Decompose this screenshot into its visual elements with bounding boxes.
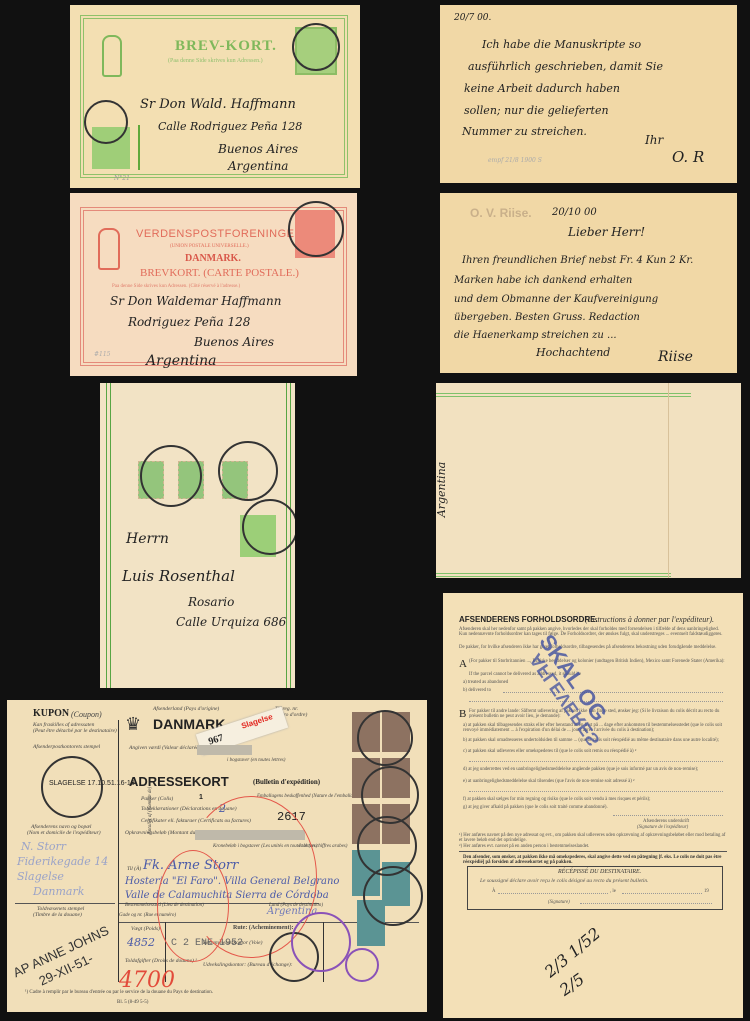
postmark-circle-icon <box>218 441 278 501</box>
letter-line: und dem Obmanne der Kaufvereinigung <box>454 294 658 305</box>
date-line <box>622 893 702 894</box>
section-a-option: b) delivered to <box>463 688 491 693</box>
footnote: ²) Her anføres evt. navnet på en anden p… <box>459 844 589 849</box>
instructions-intro2: De pakker, for hvilke afsenderen ikke ha… <box>459 645 727 650</box>
green-border-line <box>436 576 671 577</box>
postmark-circle-icon <box>242 499 295 555</box>
instructions-intro: Afsenderen skal her nedenfor samt på pak… <box>459 627 727 637</box>
signature-line <box>613 815 723 816</box>
signature: Riise <box>658 349 693 365</box>
option-c: c) at pakken skal udleveres eller omeksp… <box>463 749 636 754</box>
form-number: Bl. 5 (8-49 5-5) <box>117 1000 148 1005</box>
upu-subheading: (UNION POSTALE UNIVERSELLE.) <box>170 244 249 249</box>
place-line <box>498 893 608 894</box>
section-a-text: (For pakker til Storbritannien ..., Brit… <box>469 659 727 664</box>
parcel-count: 1 <box>199 794 203 801</box>
green-bar <box>138 125 140 170</box>
postmark-date: SLAGELSE 17.10.51.16-18 <box>49 780 135 787</box>
address-line: Rosario <box>188 595 234 609</box>
pencil-note: empf 21/8 1900 S <box>488 157 542 164</box>
signature-label-fr: (Signature de l'expéditeur) <box>637 825 688 830</box>
letter-line: keine Arbeit dadurch haben <box>464 82 620 95</box>
signature: Ihr <box>645 133 663 147</box>
postmark-circle-icon <box>363 866 423 926</box>
green-border-line <box>110 383 111 688</box>
value-label: Angiven værdi (Valeur déclarée) <box>129 745 200 751</box>
postmark-circle-icon <box>357 710 413 766</box>
letter-line: Ihren freundlichen Brief nebst Fr. 4 Kun… <box>462 255 693 266</box>
address-line: Sr Don Waldemar Haffmann <box>110 294 281 308</box>
postmark-circle-icon <box>84 100 128 144</box>
card-type: BREVKORT. (CARTE POSTALE.) <box>140 267 299 279</box>
handwritten-letter-card: O. V. Riise. 20/10 00 Lieber Herr! Ihren… <box>440 193 737 373</box>
brev-kort-green-card: BREV-KORT. (Paa denne Side skrives kun A… <box>70 5 360 188</box>
form-title: ADRESSEKORT <box>129 774 229 789</box>
fill-line <box>469 791 723 792</box>
section-a-letter: A <box>459 658 467 670</box>
receipt-year-label: 19 <box>704 889 709 894</box>
pencil-note: N°21 <box>114 175 130 182</box>
letter-line: ausführlich geschrieben, damit Sie <box>468 60 663 73</box>
salutation: Lieber Herr! <box>568 225 645 239</box>
letter-line: Nummer zu streichen. <box>462 125 587 138</box>
violet-postmark-icon <box>291 912 351 972</box>
customs-label-fr: (Timbre de la douane) <box>33 912 82 918</box>
pencil-note: #115 <box>94 351 110 358</box>
postmark-circle-icon <box>292 23 340 71</box>
stamp-label: Afsenderpostkontorets stempel <box>33 744 100 750</box>
coat-of-arms-icon <box>102 35 122 77</box>
handwritten-letter-card: 20/7 00. Ich habe die Manuskripte so aus… <box>440 5 737 183</box>
receipt-le-label: , le <box>610 889 616 894</box>
parcel-count-label: Pakker (Colis) <box>141 796 173 802</box>
postmark-circle-icon <box>140 445 202 507</box>
instructions-title-fr: (Instructions à donner par l'expéditeur)… <box>585 615 714 624</box>
shaded-field <box>197 745 252 755</box>
sender-line: Danmark <box>33 885 84 898</box>
letter-line: übergeben. Besten Gruss. Redaction <box>454 312 640 323</box>
to-label: Til (À) <box>127 866 141 872</box>
letters-label: i bogstaver (en toutes lettres) <box>227 758 285 763</box>
posthorn-crown-icon: ♛ <box>125 714 141 735</box>
sender-imprint: O. V. Riise. <box>470 206 532 220</box>
sender-line: Slagelse <box>17 870 64 883</box>
address-line: Herrn <box>126 531 169 547</box>
weight-value: 4852 <box>127 936 155 949</box>
duty-red-handwriting: 4700 <box>119 968 175 993</box>
postmark-circle-icon <box>41 756 103 818</box>
green-border-line <box>436 393 691 394</box>
letter-date: 20/10 00 <box>552 207 597 218</box>
wrapper-front: Herrn Luis Rosenthal Rosario Calle Urqui… <box>100 383 295 688</box>
upu-heading: VERDENSPOSTFORENINGEN <box>136 228 303 240</box>
kupon-note: (Peut être détaché par le destinataire) <box>33 728 117 734</box>
fold-line <box>668 383 669 578</box>
country-heading: DANMARK. <box>185 253 241 264</box>
vertical-note: Argentina <box>436 462 448 517</box>
section-b-letter: B <box>459 708 466 720</box>
receipt-text: Le soussigné déclare avoir reçu le colis… <box>480 878 648 884</box>
footnote: ¹) Her anføres navnet på den nye adressa… <box>459 833 727 843</box>
option-e: e) at uanbringelighedsmeddelelse skal ti… <box>463 779 634 784</box>
green-border-line <box>436 396 691 397</box>
fill-line <box>469 761 723 762</box>
address-line: Luis Rosenthal <box>122 567 235 585</box>
sender-label-fr: (Nom et domicile de l'expéditeur) <box>27 830 101 836</box>
option-f: f) at pakken skal sælges for min regning… <box>463 797 650 802</box>
divider <box>459 851 727 852</box>
option-g: g) at jeg giver afkald på pakken (que le… <box>463 805 608 810</box>
sender-line: N. Storr <box>21 840 66 853</box>
green-border-line <box>106 383 107 688</box>
signature: O. R <box>672 148 704 166</box>
origin-label: Afsenderland (Pays d'origine) <box>153 706 219 712</box>
sender-line: Fiderikegade 14 <box>17 855 108 868</box>
form-title-fr: (Bulletin d'expédition) <box>253 778 320 786</box>
coat-of-arms-icon <box>98 228 120 270</box>
weight-label: Vægt (Poids) <box>131 926 160 932</box>
address-line: Buenos Aires <box>194 335 274 349</box>
divider <box>15 903 115 904</box>
address-line: Sr Don Wald. Haffmann <box>140 97 296 112</box>
address-line: Rodriguez Peña 128 <box>128 315 250 329</box>
address-line: Argentina <box>146 353 217 369</box>
letter-line: Ich habe die Manuskripte so <box>482 38 641 51</box>
address-side-note: Paa denne Side skrives kun Adressen. (Cô… <box>112 284 240 289</box>
closing: Hochachtend <box>536 346 610 359</box>
option-d: d) at jeg underrettes ved en uanbringeli… <box>463 767 727 772</box>
fill-line <box>503 692 723 693</box>
letter-date: 20/7 00. <box>454 13 491 23</box>
address-line: Calle Urquiza 686 <box>176 615 286 629</box>
address-line: Buenos Aires <box>218 142 298 156</box>
reexpedition-note: Den afsender, som ønsker, at pakken ikke… <box>463 855 725 865</box>
parcel-card-back: AFSENDERENS FORHOLDSORDRE. (Instructions… <box>443 593 743 1018</box>
packaging-label: Emballagens beskaffenhed (Nature de l'em… <box>257 794 359 799</box>
divider <box>118 720 119 982</box>
instructions-title: AFSENDERENS FORHOLDSORDRE. <box>459 615 598 624</box>
cancel-cross-icon <box>345 948 379 982</box>
letter-line: sollen; nur die gelieferten <box>464 104 609 117</box>
receipt-title: RÉCÉPISSÉ DU DESTINATAIRE. <box>558 869 641 875</box>
letter-line: die Haenerkamp streichen zu ... <box>454 330 617 341</box>
signature-line <box>580 903 712 904</box>
section-a-option: a) treated as abandoned <box>463 680 508 685</box>
brevkort-red-card: VERDENSPOSTFORENINGEN (UNION POSTALE UNI… <box>70 193 357 376</box>
parcel-card-front: KUPON (Coupon) Kan fraskilles af adressa… <box>7 700 427 1012</box>
card-subtitle: (Paa denne Side skrives kun Adressen.) <box>168 58 263 64</box>
kupon-title-fr: (Coupon) <box>71 710 102 719</box>
card-title: BREV-KORT. <box>175 38 277 55</box>
postmark-circle-icon <box>288 201 344 257</box>
signature-label: Afsenderens underskrift <box>643 819 689 824</box>
red-pencil-loop <box>157 850 229 962</box>
letter-line: Marken habe ich dankend erhalten <box>454 275 632 286</box>
green-border-line <box>436 573 671 574</box>
receipt-signature-label: (Signature) <box>548 900 570 905</box>
receipt-a-label: À <box>492 889 495 894</box>
address-line: Calle Rodriguez Peña 128 <box>158 120 302 133</box>
receipt-box: RÉCÉPISSÉ DU DESTINATAIRE. Le soussigné … <box>467 866 723 910</box>
label-office: Slagelse <box>240 712 274 731</box>
kupon-title: KUPON <box>33 708 69 719</box>
address-line: Argentina <box>228 159 288 173</box>
wrapper-back: Argentina <box>436 383 741 578</box>
